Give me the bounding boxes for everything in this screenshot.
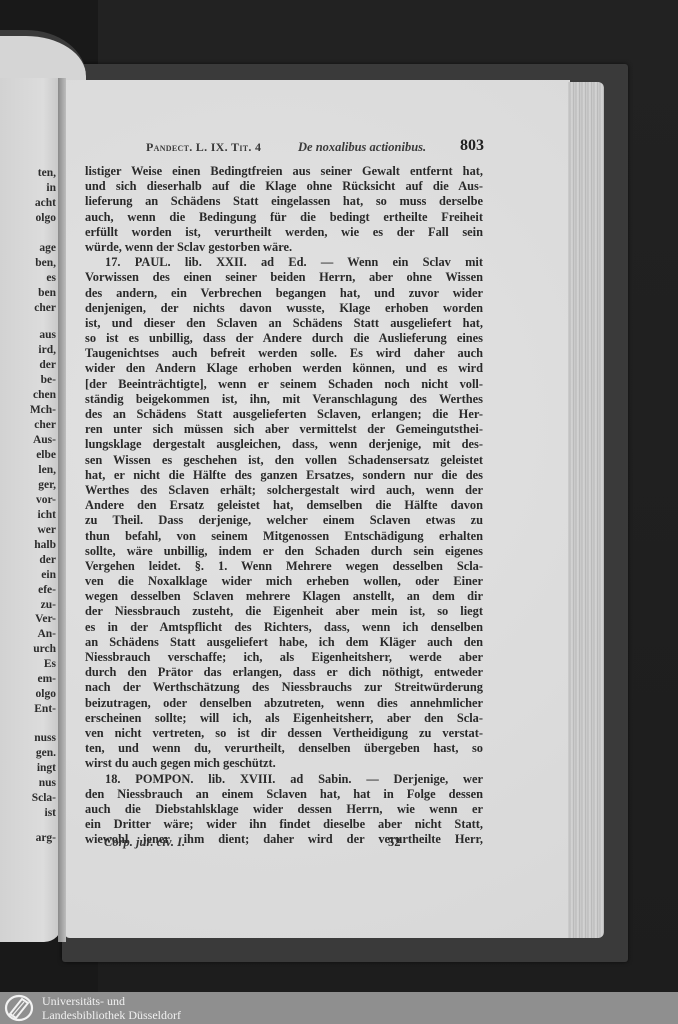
left-page-fragment: in <box>46 183 56 195</box>
page-number: 803 <box>460 137 484 155</box>
left-page-fragment: ben <box>38 288 56 300</box>
text-line: listiger Weise einen Bedingtfreien aus s… <box>85 164 483 179</box>
library-banner: Universitäts- und Landesbibliothek Düsse… <box>0 992 678 1024</box>
left-page-fragment: olgo <box>36 689 56 701</box>
text-line: Vergehen leidet. §. 1. Wenn Mehrere wege… <box>85 559 483 574</box>
library-name: Universitäts- und Landesbibliothek Düsse… <box>42 994 181 1022</box>
left-page-fragment: nus <box>39 778 56 790</box>
text-line: nach der Werthschätzung des Niessbrauchs… <box>85 680 483 695</box>
left-page-fragment: der <box>39 360 56 372</box>
text-line: sen Wissen es geschehen ist, den vollen … <box>85 453 483 468</box>
text-line: Niessbrauch verschaffe; ich, als Eigenhe… <box>85 650 483 665</box>
left-page-fragment: em- <box>37 674 56 686</box>
text-line: des an Schädens Statt ausgelieferten Scl… <box>85 407 483 422</box>
left-page-fragment: vor- <box>36 495 56 507</box>
text-line: Andere den Ersatz geleistet hat, demselb… <box>85 498 483 513</box>
left-page-fragment: Aus- <box>33 435 56 447</box>
text-line: hat, er nicht die Hälfte des ganzen Ersa… <box>85 468 483 483</box>
text-line: würde, wenn der Sclav gestorben wäre. <box>85 240 483 255</box>
left-page-fragment: ist <box>45 808 57 820</box>
left-page-fragment: gen. <box>36 748 56 760</box>
left-page-fragment: zu- <box>41 600 56 612</box>
left-page-fragment: olgo <box>36 213 56 225</box>
left-page-fragment: len, <box>38 465 56 477</box>
library-name-line2: Landesbibliothek Düsseldorf <box>42 1008 181 1022</box>
left-page-fragment: chen <box>33 390 56 402</box>
left-page-fragment: arg- <box>36 833 56 845</box>
running-head: Pandect. L. IX. Tit. 4 De noxalibus acti… <box>146 137 484 157</box>
left-page-fragment: ird, <box>38 345 56 357</box>
left-page-fragment: age <box>39 243 56 255</box>
page-edges <box>568 82 604 938</box>
left-page-fragment: halb <box>34 540 56 552</box>
text-line: denjenigen, der nichts davon wusste, Kla… <box>85 301 483 316</box>
text-line: ven die Noxalklage wider mich erheben wo… <box>85 574 483 589</box>
text-line: so ist es unbillig, dass der Andere durc… <box>85 331 483 346</box>
text-line: auch die Diebstahlsklage wider dessen He… <box>85 802 483 817</box>
text-line: ten, und wenn du, verurtheilt, denselben… <box>85 741 483 756</box>
text-line: auch, wenn die Bedingung für die bedingt… <box>85 210 483 225</box>
signature-sheet: 52 <box>388 835 401 850</box>
left-page: ten,inachtolgoageben,esbencherausird,der… <box>0 78 62 942</box>
text-line: ven nicht vertreten, so ist dir dessen V… <box>85 726 483 741</box>
left-page-fragment: Scla- <box>32 793 56 805</box>
left-page-fragment: efe- <box>38 585 56 597</box>
text-line: Vorwissen des einen seiner beiden Herrn,… <box>85 270 483 285</box>
text-line: sollte, wäre unbillig, indem er den Scha… <box>85 544 483 559</box>
left-page-fragment: ben, <box>35 258 56 270</box>
text-line: an Schädens Statt ausgeliefert habe, ich… <box>85 635 483 650</box>
text-line: des andern, ein Verbrechen begangen hat,… <box>85 286 483 301</box>
left-page-fragment: elbe <box>36 450 56 462</box>
left-page-fragment: cher <box>34 303 56 315</box>
text-line: 18. POMPON. lib. XVIII. ad Sabin. — Derj… <box>85 772 483 787</box>
left-page-fragment: ger, <box>38 480 56 492</box>
text-line: zu Theil. Dass derjenige, welcher einem … <box>85 513 483 528</box>
left-page-fragment: nuss <box>34 733 56 745</box>
text-line: durch den Prätor das erlangen, dass er d… <box>85 665 483 680</box>
signature-label: Corp. jur. civ. I. <box>104 835 185 849</box>
text-line: wider den Andern Klage erhoben werden kö… <box>85 361 483 376</box>
text-line: beizutragen, oder denselben abzutreten, … <box>85 696 483 711</box>
left-page-fragment: ten, <box>38 168 56 180</box>
text-line: erscheinen sollte; will ich, als Eigenhe… <box>85 711 483 726</box>
text-line: lieferung an Schädens Statt eingelassen … <box>85 194 483 209</box>
text-line: [der Beeinträchtigte], wenn er seinem Sc… <box>85 377 483 392</box>
left-page-fragment: acht <box>35 198 56 210</box>
text-line: 17. PAUL. lib. XXII. ad Ed. — Wenn ein S… <box>85 255 483 270</box>
left-page-fragment: Mch- <box>30 405 56 417</box>
left-page-fragment: be- <box>41 375 56 387</box>
text-line: ren unter sich müssen sich aber vermitte… <box>85 422 483 437</box>
left-page-fragment: icht <box>37 510 56 522</box>
text-line: und sich dieserhalb auf die Klage ohne R… <box>85 179 483 194</box>
text-line: Werthes des Sclaven erhält; solchergesta… <box>85 483 483 498</box>
left-page-fragment: es <box>46 273 56 285</box>
book-logo-icon <box>4 994 34 1022</box>
text-line: wirst du auch gegen mich geschützt. <box>85 756 483 771</box>
text-line: erfüllt worden ist, verurtheilt werden, … <box>85 225 483 240</box>
text-line: Taugenichtses auch befreit werden solle.… <box>85 346 483 361</box>
left-page-fragment: cher <box>34 420 56 432</box>
text-line: ständig beigekommen ist, ihn, mit Verans… <box>85 392 483 407</box>
text-line: den Niessbrauch an einem Sclaven hat, ha… <box>85 787 483 802</box>
left-page-fragment: wer <box>37 525 56 537</box>
book-gutter <box>58 78 66 942</box>
body-text: listiger Weise einen Bedingtfreien aus s… <box>85 164 483 847</box>
library-name-line1: Universitäts- und <box>42 994 181 1008</box>
text-line: thun befahl, von seinem Mitgenossen Ents… <box>85 529 483 544</box>
left-page-fragment: der <box>39 555 56 567</box>
running-head-title: De noxalibus actionibus. <box>298 140 426 155</box>
text-line: der Niessbrauch zusteht, die Eigenheit a… <box>85 604 483 619</box>
text-line: ein Dritter wäre; wider ihn findet diese… <box>85 817 483 832</box>
text-line: lungsklage dergestalt ausgleichen, dass,… <box>85 437 483 452</box>
text-line: ist, und dieser den Sclaven an Schädens … <box>85 316 483 331</box>
left-page-fragment: ingt <box>37 763 56 775</box>
running-head-section: Pandect. L. IX. Tit. 4 <box>146 140 261 155</box>
left-page-fragment: An- <box>37 629 56 641</box>
left-page-fragment: Es <box>44 659 56 671</box>
left-page-fragment: urch <box>33 644 56 656</box>
left-page-fragment: ein <box>41 570 56 582</box>
text-line: wegen desselben Sclaven mehrere Klagen a… <box>85 589 483 604</box>
left-page-fragment: Ent- <box>34 704 56 716</box>
left-page-fragment: aus <box>39 330 56 342</box>
signature-line: Corp. jur. civ. I. 52 <box>104 835 424 850</box>
left-page-fragment: Ver- <box>35 614 56 626</box>
text-line: es in der Amtspflicht des Richters, dass… <box>85 620 483 635</box>
